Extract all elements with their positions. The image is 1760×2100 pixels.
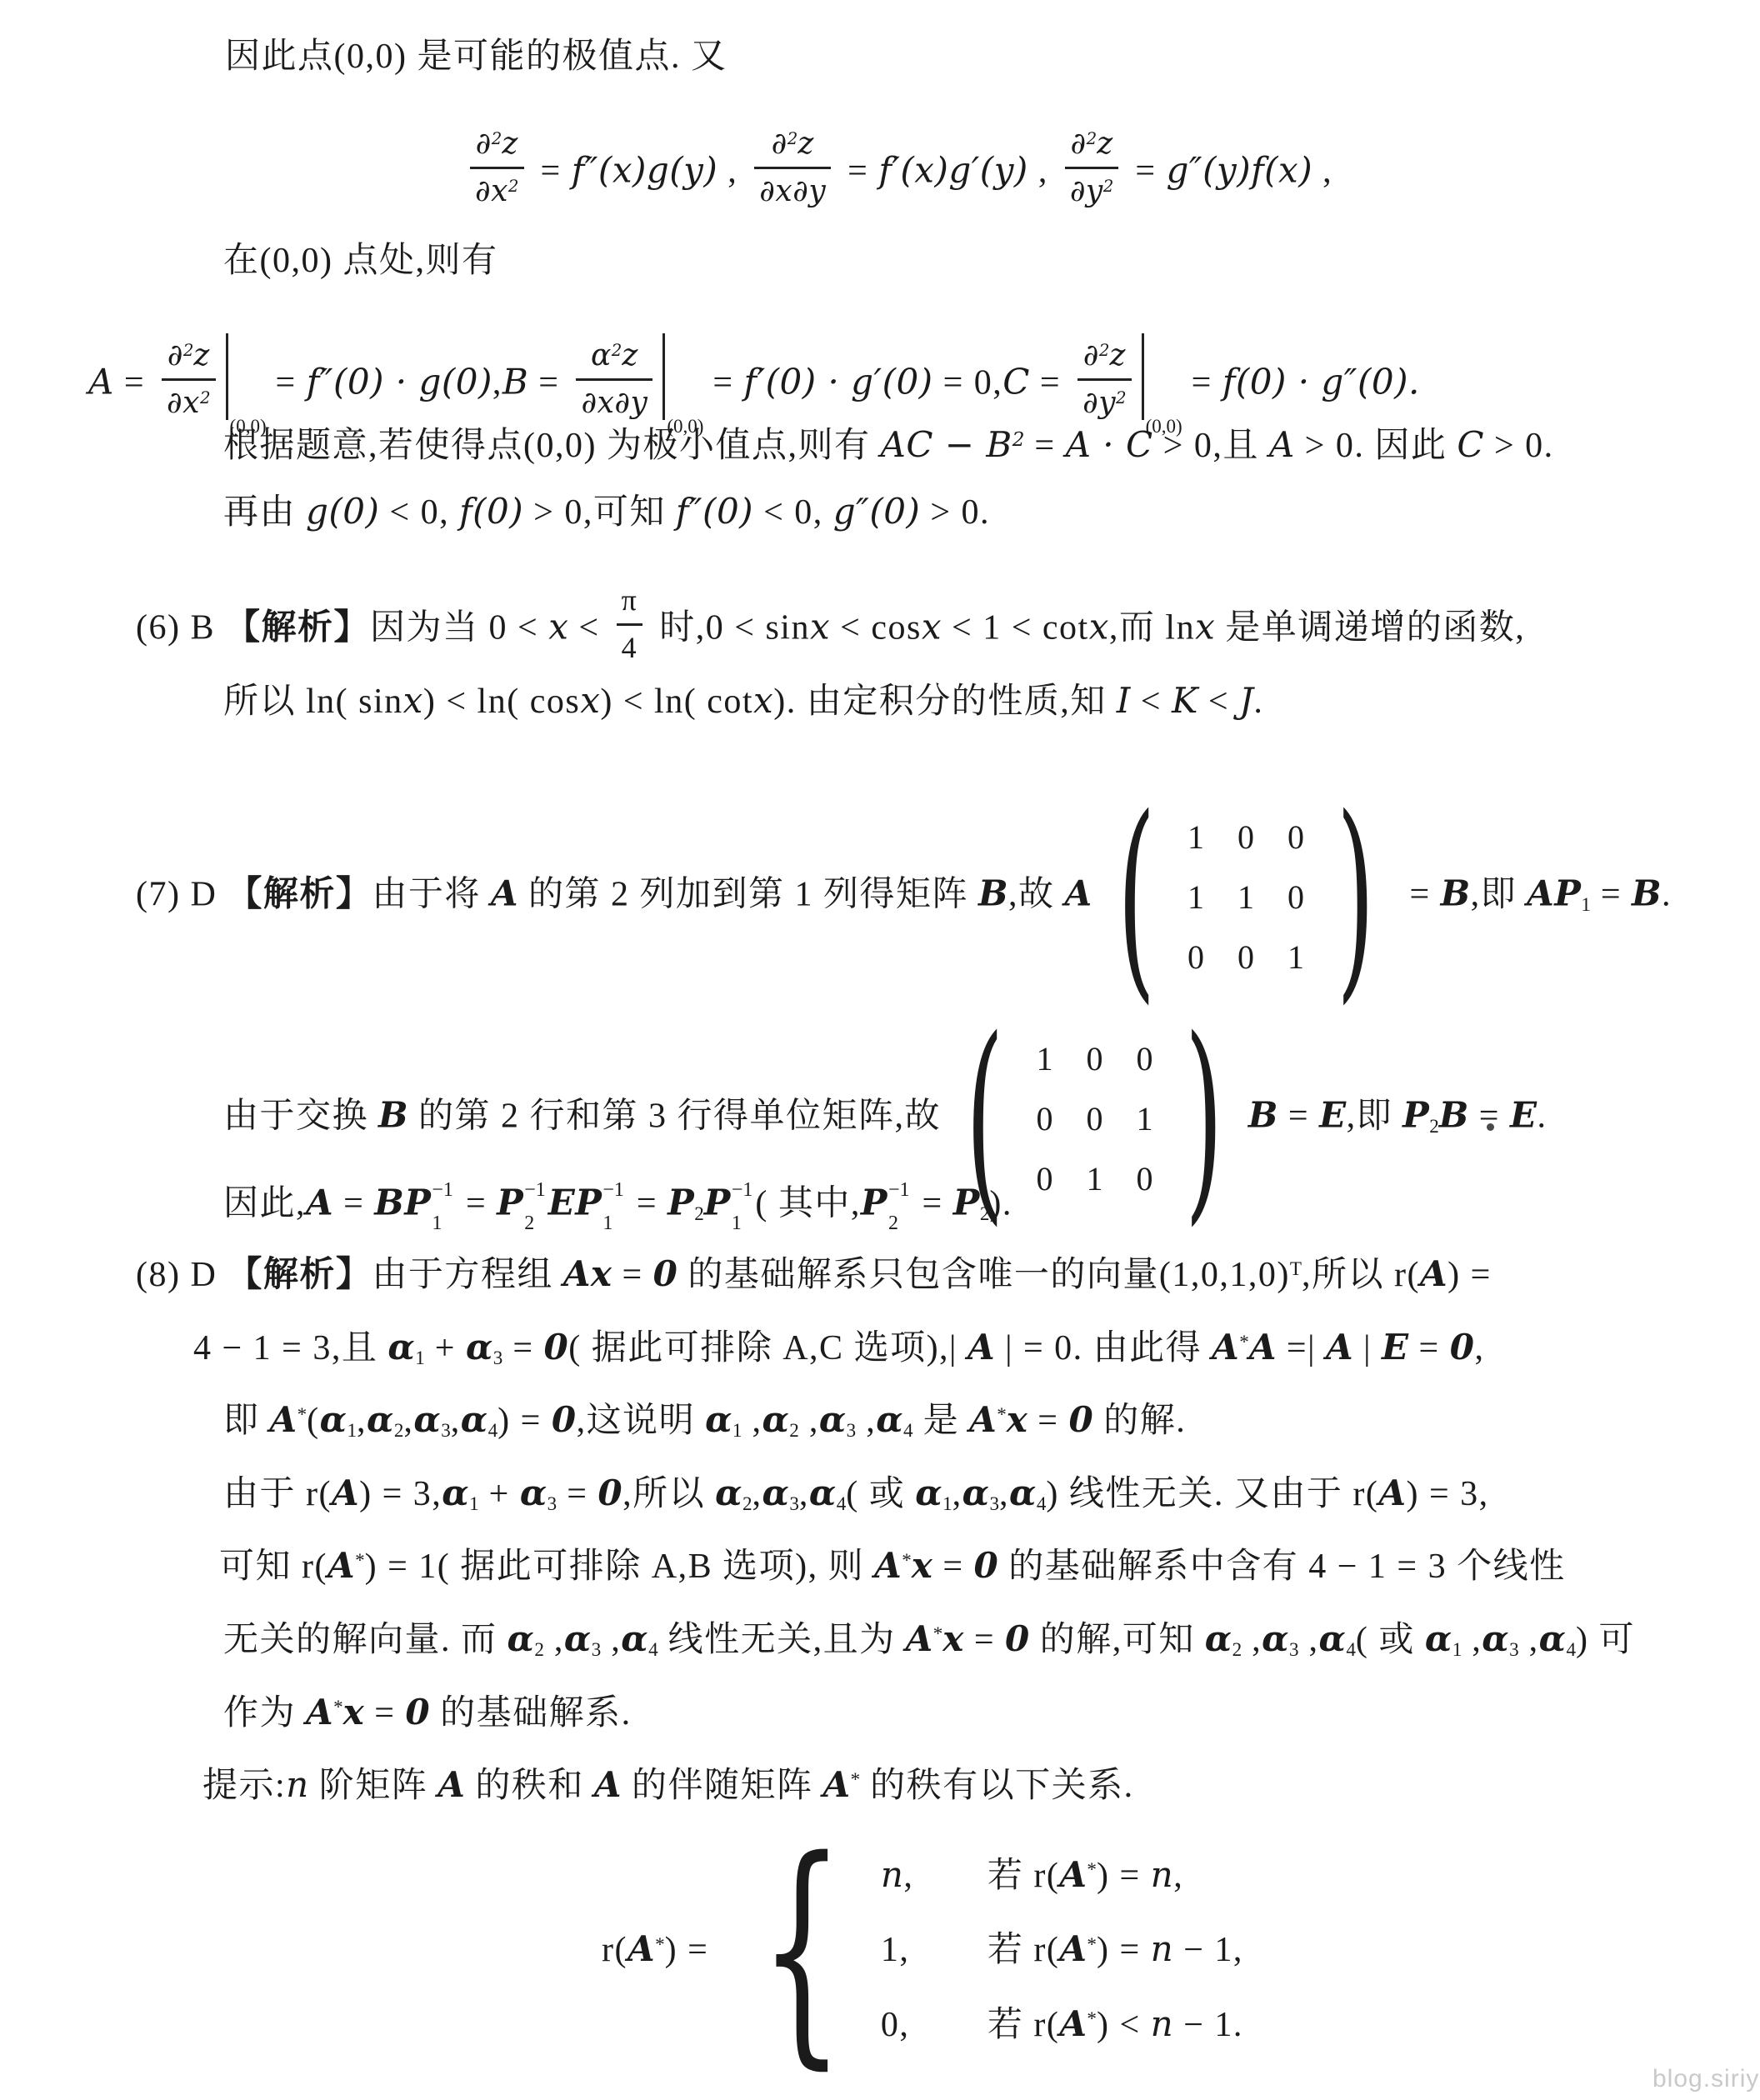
piecewise-value: n, [881,1853,987,1898]
item8-analysis-line5: 可知 r(A*) = 1( 据此可排除 A,B 选项), 则 A*x = 0 的… [219,1544,1566,1589]
second-derivatives-formula: ∂2z∂x2 = f″(x)g(y) , ∂2z∂x∂y = f′(x)g′(y… [463,132,1332,217]
item8-analysis-line3: 即 A*(α1,α2,α3,α4) = 0,这说明 α1 ,α2 ,α3 ,α4… [223,1398,1186,1443]
item8-analysis-line7: 作为 A*x = 0 的基础解系. [223,1691,632,1736]
intro-extreme-point-line: 因此点(0,0) 是可能的极值点. 又 [225,35,727,79]
piecewise-row: n, 若 r(A*) = n, [881,1853,1243,1898]
item8-analysis-line6: 无关的解向量. 而 α2 ,α3 ,α4 线性无关,且为 A*x = 0 的解,… [223,1617,1635,1662]
adjoint-rank-piecewise-formula: r(A*) = { n, 若 r(A*) = n, 1, 若 r(A*) = n… [602,1829,1243,2071]
piecewise-condition: 若 r(A*) = n, [987,1853,1183,1898]
item8-analysis-line2: 4 − 1 = 3,且 α1 + α3 = 0( 据此可排除 A,C 选项),|… [193,1326,1484,1371]
piecewise-value: 0, [881,2003,987,2047]
item6-analysis-line2: 所以 ln( sinx) < ln( cosx) < ln( cotx). 由定… [223,679,1263,724]
item8-analysis-line1: (8) D 【解析】由于方程组 Ax = 0 的基础解系只包含唯一的向量(1,0… [136,1252,1502,1297]
item7-analysis-line3: 因此,A = BP−11 = P−12EP−11 = P2P−11( 其中,P−… [223,1180,1012,1233]
piecewise-condition: 若 r(A*) = n − 1, [987,1927,1243,1972]
at-point-line: 在(0,0) 点处,则有 [223,239,497,283]
piecewise-lhs: r(A*) = [602,1927,718,1972]
left-brace: { [760,1829,844,2071]
piecewise-row: 1, 若 r(A*) = n − 1, [881,1927,1243,1972]
item6-analysis-line1: (6) B 【解析】因为当 0 < x < π4 时,0 < sinx < co… [136,588,1525,673]
hint-line: 提示:n 阶矩阵 A 的秩和 A 的伴随矩阵 A* 的秩有以下关系. [202,1763,1134,1808]
scan-artifact-dot [1487,1123,1494,1131]
piecewise-rows: n, 若 r(A*) = n, 1, 若 r(A*) = n − 1, 0, 若… [881,1853,1243,2047]
piecewise-condition: 若 r(A*) < n − 1. [987,2002,1243,2047]
sign-conclusion-line: 再由 g(0) < 0, f(0) > 0,可知 f″(0) < 0, g″(0… [223,490,990,535]
item8-analysis-line4: 由于 r(A) = 3,α1 + α3 = 0,所以 α2,α3,α4( 或 α… [223,1472,1489,1517]
scanned-solution-page: 因此点(0,0) 是可能的极值点. 又 ∂2z∂x2 = f″(x)g(y) ,… [0,0,1760,2100]
item7-analysis-line1-with-matrix: (7) D 【解析】由于将 A 的第 2 列加到第 1 列得矩阵 B,故 A(1… [136,810,1672,985]
piecewise-row: 0, 若 r(A*) < n − 1. [881,2002,1243,2047]
watermark: blog.siriyang.cn [1652,2065,1760,2093]
minimum-condition-line: 根据题意,若使得点(0,0) 为极小值点,则有 AC − B2 = A · C … [223,423,1554,468]
piecewise-value: 1, [881,1928,987,1972]
